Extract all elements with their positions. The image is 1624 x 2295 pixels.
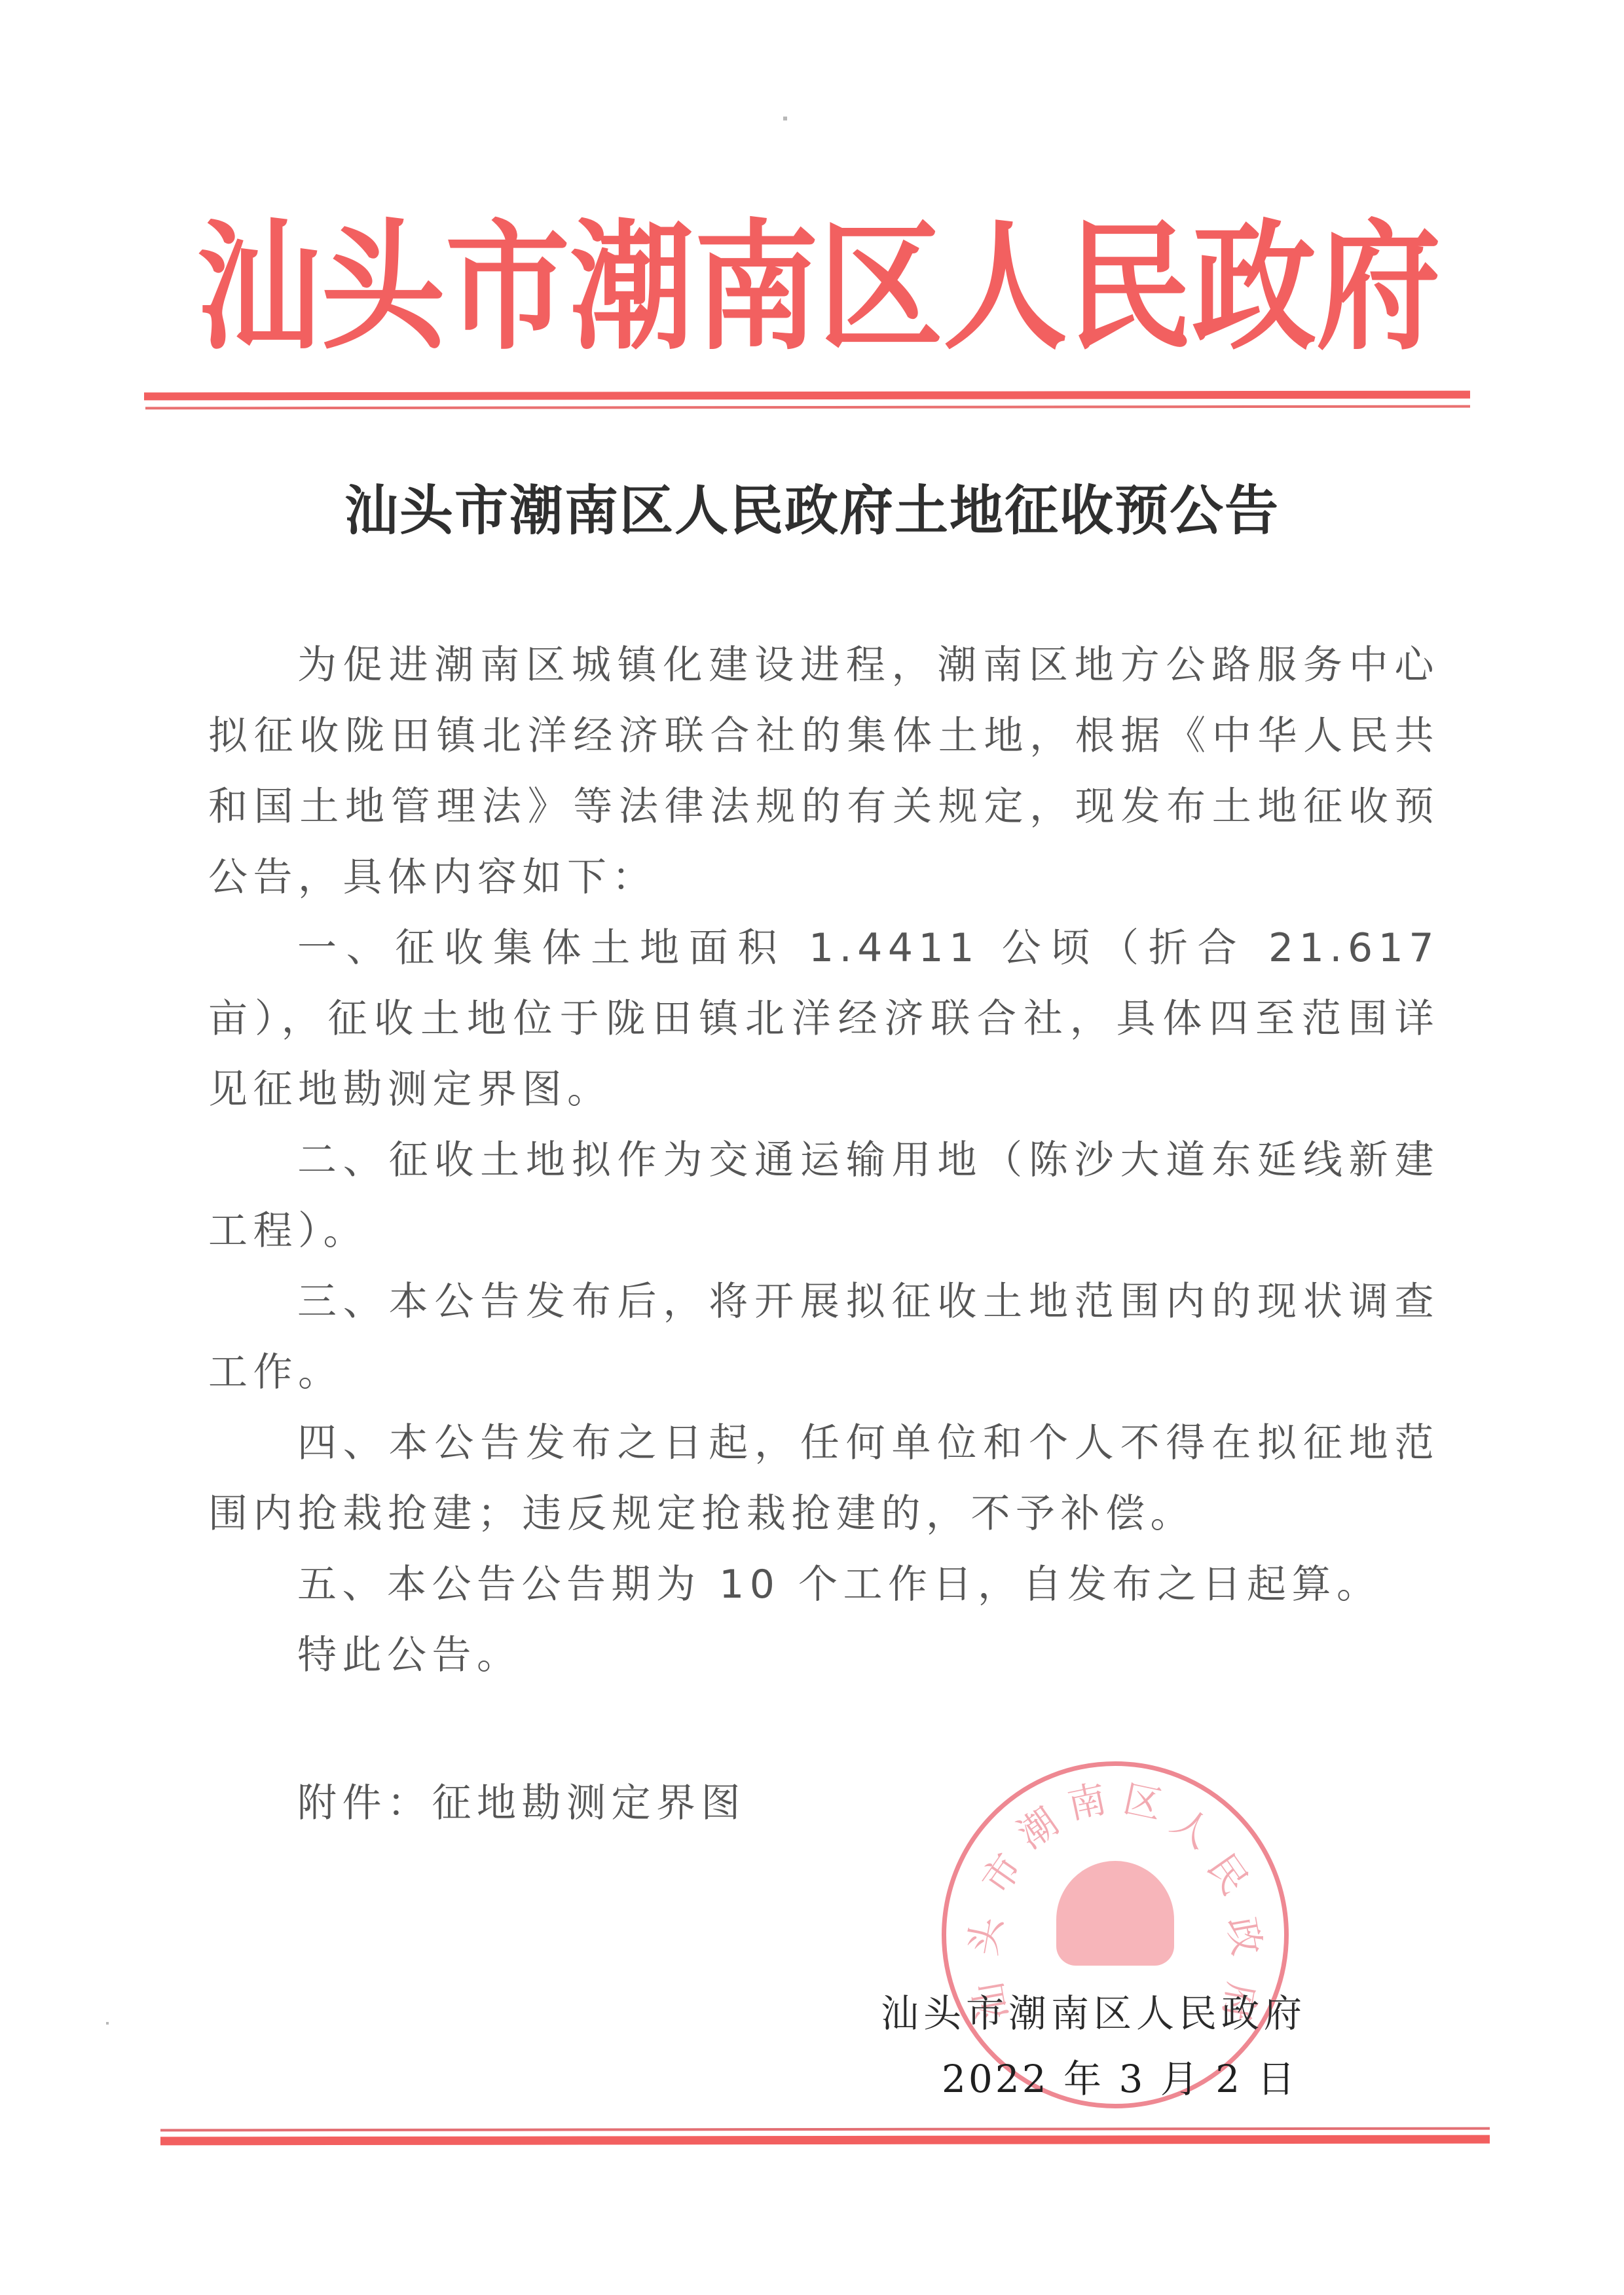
document-page: 汕 头 市 潮 南 区 人 民 政 府 汕头市潮南区人民政府土地征收预公告 为促… — [0, 0, 1624, 2295]
masthead-char: 汕 — [196, 200, 321, 376]
seal-char: 政 — [1221, 1913, 1267, 1959]
document-title: 汕头市潮南区人民政府土地征收预公告 — [0, 475, 1624, 547]
masthead-char: 人 — [943, 200, 1067, 376]
attachment-note: 附件：征地勘测定界图 — [297, 1768, 746, 1839]
footer-rule-thick — [160, 2135, 1490, 2146]
masthead-char: 民 — [1067, 200, 1192, 376]
item-paragraph-4: 四、本公告发布之日起，任何单位和个人不得在拟征地范围内抢栽抢建；违反规定抢栽抢建… — [208, 1408, 1439, 1549]
masthead-char: 市 — [445, 200, 570, 376]
footer-rule-thin — [160, 2127, 1490, 2132]
closing-line: 特此公告。 — [208, 1620, 1439, 1691]
masthead-char: 头 — [321, 200, 445, 376]
intro-paragraph: 为促进潮南区城镇化建设进程，潮南区地方公路服务中心拟征收陇田镇北洋经济联合社的集… — [208, 630, 1439, 913]
item-paragraph-1: 一、征收集体土地面积 1.4411 公顷（折合 21.617 亩），征收土地位于… — [208, 913, 1439, 1125]
masthead-char: 府 — [1316, 200, 1441, 376]
masthead-rule-thick — [144, 391, 1470, 401]
issuer-signature: 汕头市潮南区人民政府 — [881, 1987, 1339, 2040]
seal-char: 人 — [1164, 1801, 1219, 1856]
masthead-char: 潮 — [570, 200, 694, 376]
issue-date: 2022 年 3 月 2 日 — [942, 2053, 1298, 2105]
seal-char: 民 — [1200, 1846, 1255, 1901]
seal-char: 头 — [963, 1913, 1008, 1959]
scan-artifact — [106, 2022, 109, 2025]
item-paragraph-5: 五、本公告公告期为 10 个工作日，自发布之日起算。 — [208, 1549, 1439, 1620]
masthead-char: 政 — [1192, 200, 1316, 376]
masthead-rule-thin — [145, 405, 1470, 410]
item-paragraph-2: 二、征收土地拟作为交通运输用地（陈沙大道东延线新建工程）。 — [208, 1125, 1439, 1266]
seal-char: 区 — [1119, 1778, 1166, 1825]
item-paragraph-3: 三、本公告发布后，将开展拟征收土地范围内的现状调查工作。 — [208, 1266, 1439, 1408]
document-body: 为促进潮南区城镇化建设进程，潮南区地方公路服务中心拟征收陇田镇北洋经济联合社的集… — [208, 630, 1439, 1691]
masthead-char: 区 — [819, 200, 943, 376]
masthead-char: 南 — [694, 200, 819, 376]
masthead: 汕 头 市 潮 南 区 人 民 政 府 — [196, 210, 1414, 367]
seal-char: 市 — [974, 1846, 1029, 1901]
seal-char: 南 — [1063, 1778, 1110, 1825]
seal-char: 潮 — [1010, 1801, 1065, 1856]
scan-artifact — [783, 117, 787, 120]
